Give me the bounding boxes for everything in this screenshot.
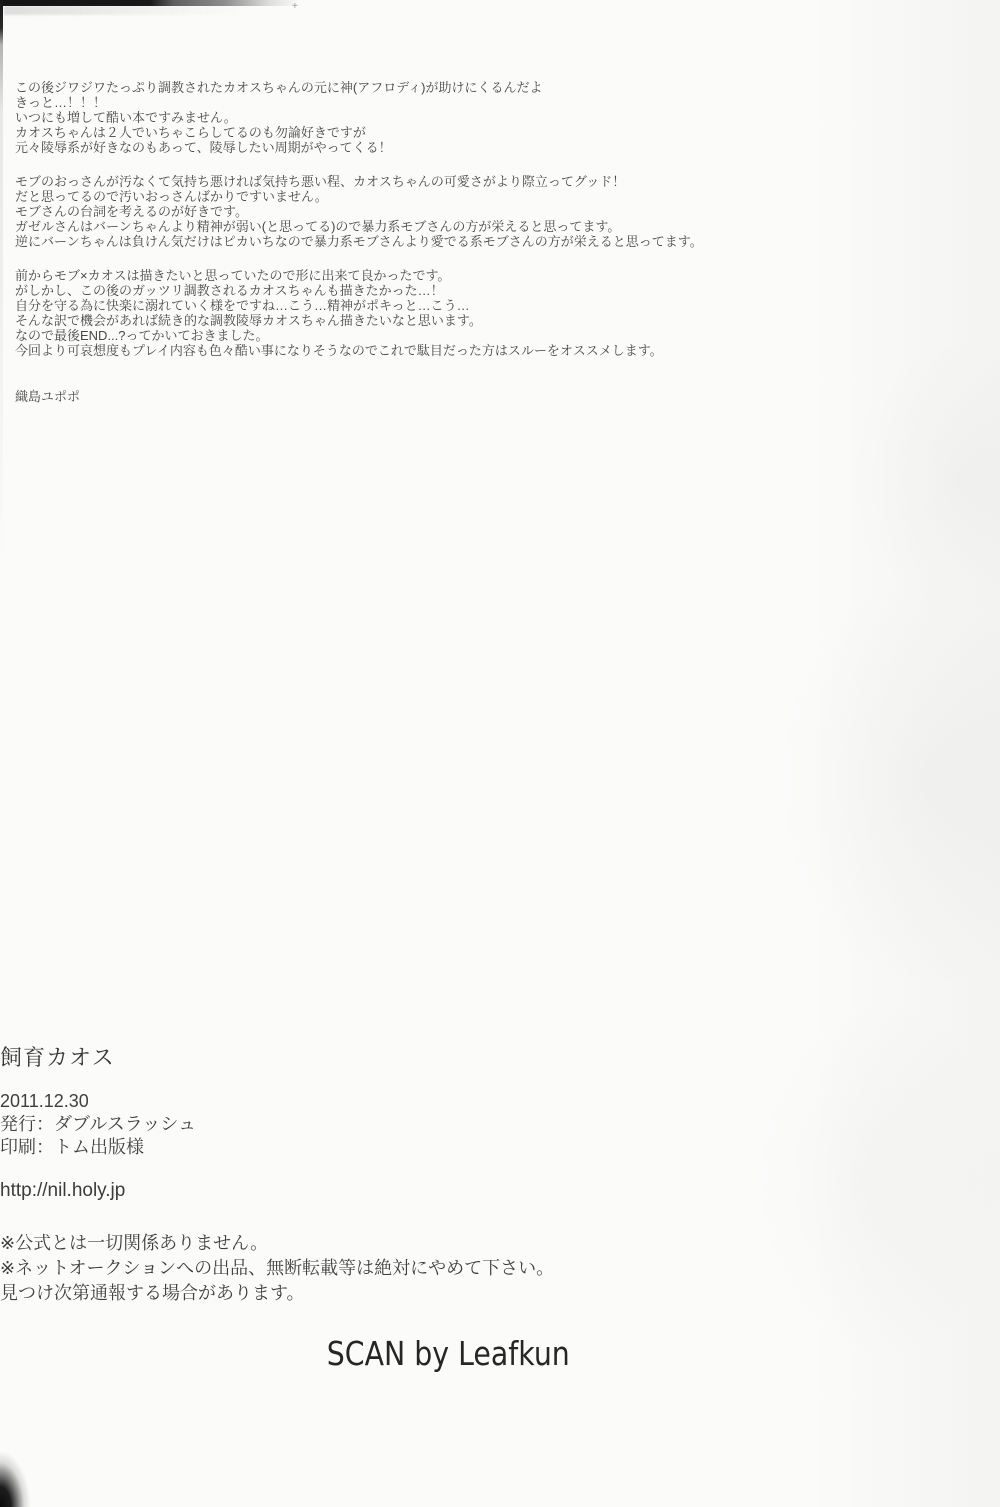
afterword-line: ガゼルさんはバーンちゃんより精神が弱い(と思ってる)ので暴力系モブさんの方が栄え… (15, 219, 975, 234)
afterword-line: モブのおっさんが汚なくて気持ち悪ければ気持ち悪い程、カオスちゃんの可愛さがより際… (15, 174, 975, 189)
afterword-line: 今回より可哀想度もプレイ内容も色々酷い事になりそうなのでこれで駄目だった方はスル… (15, 343, 975, 358)
afterword-paragraph-1: この後ジワジワたっぷり調教されたカオスちゃんの元に神(アフロディ)が助けにくるん… (15, 80, 975, 155)
disclaimer-notes: ※公式とは一切関係ありません。 ※ネットオークションへの出品、無断転載等は絶対に… (0, 1231, 1000, 1306)
scanned-page: + この後ジワジワたっぷり調教されたカオスちゃんの元に神(アフロディ)が助けにく… (0, 0, 1000, 1507)
scan-credit: SCAN by Leafkun (0, 1334, 896, 1373)
afterword-line: なので最後END...?ってかいておきました。 (15, 328, 975, 343)
publisher-line: 発行：ダブルスラッシュ (0, 1113, 1000, 1136)
scan-credit-text: SCAN by Leafkun (326, 1334, 569, 1373)
afterword-text: この後ジワジワたっぷり調教されたカオスちゃんの元に神(アフロディ)が助けにくるん… (15, 80, 975, 404)
afterword-line: いつにも増して酷い本ですみません。 (15, 110, 975, 125)
afterword-line: がしかし、この後のガッツリ調教されるカオスちゃんも描きたかった…！ (15, 283, 975, 298)
afterword-line: 自分を守る為に快楽に溺れていく様をですね…こう…精神がポキっと…こう… (15, 298, 975, 313)
afterword-line: この後ジワジワたっぷり調教されたカオスちゃんの元に神(アフロディ)が助けにくるん… (15, 80, 975, 95)
afterword-line: 逆にバーンちゃんは負けん気だけはピカいちなので暴力系モブさんより愛でる系モブさん… (15, 234, 975, 249)
website-url: http://nil.holy.jp (0, 1180, 1000, 1202)
afterword-line: カオスちゃんは２人でいちゃこらしてるのも勿論好きですが (15, 125, 975, 140)
afterword-line: だと思ってるので汚いおっさんばかりですいません。 (15, 189, 975, 204)
printer-line: 印刷：トム出版様 (0, 1136, 1000, 1159)
disclaimer-line: 見つけ次第通報する場合があります。 (0, 1281, 1000, 1306)
afterword-line: モブさんの台詞を考えるのが好きです。 (15, 204, 975, 219)
scan-smudge-top (4, 6, 264, 15)
disclaimer-line: ※公式とは一切関係ありません。 (0, 1231, 1000, 1256)
afterword-line: そんな訳で機会があれば続き的な調教陵辱カオスちゃん描きたいなと思います。 (15, 313, 975, 328)
afterword-line: きっと…！！！ (15, 95, 975, 110)
registration-mark-icon: + (292, 2, 298, 12)
disclaimer-line: ※ネットオークションへの出品、無断転載等は絶対にやめて下さい。 (0, 1256, 1000, 1281)
afterword-line: 前からモブ×カオスは描きたいと思っていたので形に出来て良かったです。 (15, 268, 975, 283)
scan-corner-shadow (0, 1435, 34, 1507)
scan-edge-left (0, 0, 3, 560)
afterword-paragraph-2: モブのおっさんが汚なくて気持ち悪ければ気持ち悪い程、カオスちゃんの可愛さがより際… (15, 174, 975, 249)
afterword-line: 元々陵辱系が好きなのもあって、陵辱したい周期がやってくる！ (15, 140, 975, 155)
book-title: 飼育カオス (0, 1041, 1000, 1072)
publication-date: 2011.12.30 (0, 1090, 1000, 1113)
author-name: 織島ユポポ (15, 389, 975, 404)
afterword-paragraph-3: 前からモブ×カオスは描きたいと思っていたので形に出来て良かったです。 がしかし、… (15, 268, 975, 358)
publication-info: 2011.12.30 発行：ダブルスラッシュ 印刷：トム出版様 (0, 1090, 1000, 1159)
